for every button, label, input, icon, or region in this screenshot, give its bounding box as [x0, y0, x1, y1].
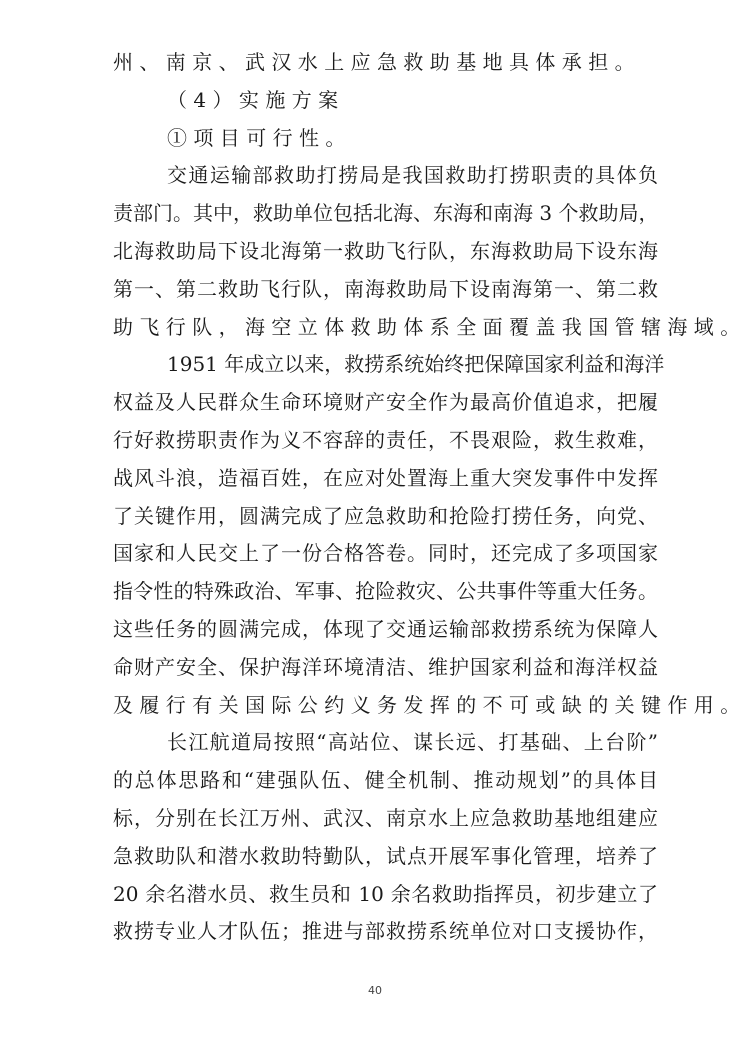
text-line: 责部门。其中，救助单位包括北海、东海和南海 3 个救助局， — [113, 195, 658, 233]
text-line: 助飞行队，海空立体救助体系全面覆盖我国管辖海域。 — [113, 309, 658, 347]
section-heading: （4）实施方案 — [113, 82, 658, 120]
document-page: 州、南京、武汉水上应急救助基地具体承担。 （4）实施方案 ①项目可行性。 交通运… — [0, 0, 750, 1060]
text-line: 权益及人民群众生命环境财产安全作为最高价值追求，把履 — [113, 384, 658, 422]
text-line: 的总体思路和“建强队伍、健全机制、推动规划”的具体目 — [113, 762, 658, 800]
text-line: 交通运输部救助打捞局是我国救助打捞职责的具体负 — [113, 157, 658, 195]
document-body: 州、南京、武汉水上应急救助基地具体承担。 （4）实施方案 ①项目可行性。 交通运… — [113, 44, 658, 951]
text-line: 20 余名潜水员、救生员和 10 余名救助指挥员，初步建立了 — [113, 876, 658, 914]
text-line: 长江航道局按照“高站位、谋长远、打基础、上台阶” — [113, 724, 658, 762]
text-line: 及履行有关国际公约义务发挥的不可或缺的关键作用。 — [113, 687, 658, 725]
text-line: 州、南京、武汉水上应急救助基地具体承担。 — [113, 44, 658, 82]
text-line: 行好救捞职责作为义不容辞的责任，不畏艰险，救生救难， — [113, 422, 658, 460]
text-line: 了关键作用，圆满完成了应急救助和抢险打捞任务，向党、 — [113, 498, 658, 536]
text-line: 命财产安全、保护海洋环境清洁、维护国家利益和海洋权益 — [113, 649, 658, 687]
text-line: 救捞专业人才队伍；推进与部救捞系统单位对口支援协作， — [113, 913, 658, 951]
text-line: 1951 年成立以来，救捞系统始终把保障国家利益和海洋 — [113, 346, 658, 384]
text-line: 国家和人民交上了一份合格答卷。同时，还完成了多项国家 — [113, 535, 658, 573]
text-line: 标，分别在长江万州、武汉、南京水上应急救助基地组建应 — [113, 800, 658, 838]
text-line: 急救助队和潜水救助特勤队，试点开展军事化管理，培养了 — [113, 838, 658, 876]
text-line: 这些任务的圆满完成，体现了交通运输部救捞系统为保障人 — [113, 611, 658, 649]
page-number: 40 — [0, 984, 750, 997]
text-line: 北海救助局下设北海第一救助飞行队，东海救助局下设东海 — [113, 233, 658, 271]
subsection-heading: ①项目可行性。 — [113, 120, 658, 158]
text-line: 战风斗浪，造福百姓，在应对处置海上重大突发事件中发挥 — [113, 460, 658, 498]
text-line: 指令性的特殊政治、军事、抢险救灾、公共事件等重大任务。 — [113, 573, 658, 611]
text-line: 第一、第二救助飞行队，南海救助局下设南海第一、第二救 — [113, 271, 658, 309]
